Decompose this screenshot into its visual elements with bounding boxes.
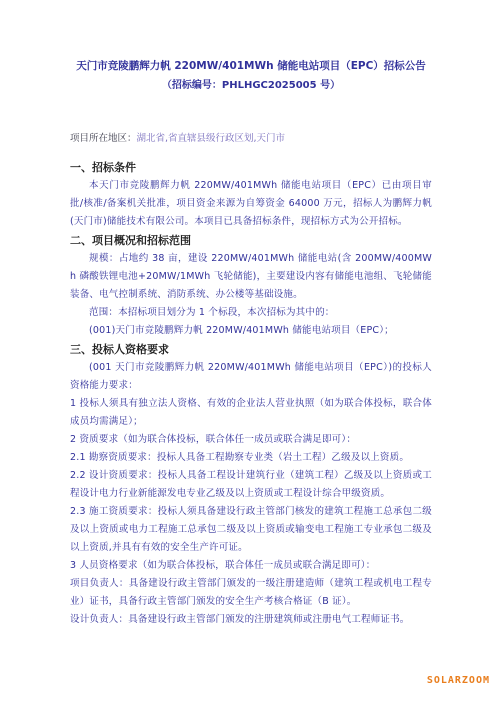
- section-2-heading: 二、项目概况和招标范围: [70, 231, 432, 250]
- section-1-heading: 一、招标条件: [70, 158, 432, 177]
- document-content: 天门市竞陵鹏辉力帆 220MW/401MWh 储能电站项目（EPC）招标公告 （…: [70, 56, 432, 629]
- section-2-paragraph-scope: 范围：本招标项目划分为 1 个标段，本次招标为其中的：: [70, 304, 432, 322]
- section-3-paragraph-item1: 1 投标人须具有独立法人资格、有效的企业法人营业执照（如为联合体投标，联合体成员…: [70, 395, 432, 431]
- section-3-paragraph-item2-1: 2.1 勘察资质要求：投标人具备工程勘察专业类（岩土工程）乙级及以上资质。: [70, 449, 432, 467]
- section-3-heading: 三、投标人资格要求: [70, 340, 432, 359]
- section-3-paragraph-item2-2: 2.2 设计资质要求：投标人具备工程设计建筑行业（建筑工程）乙级及以上资质或工程…: [70, 467, 432, 503]
- section-1-paragraph: 本天门市竞陵鹏辉力帆 220MW/401MWh 储能电站项目（EPC）已由项目审…: [70, 177, 432, 231]
- section-3-paragraph-item2: 2 资质要求（如为联合体投标，联合体任一成员或联合满足即可）：: [70, 431, 432, 449]
- project-region-label: 项目所在地区：: [70, 133, 137, 144]
- project-region-line: 项目所在地区：湖北省,省直辖县级行政区划,天门市: [70, 130, 432, 148]
- document-title: 天门市竞陵鹏辉力帆 220MW/401MWh 储能电站项目（EPC）招标公告: [70, 56, 432, 76]
- solarzoom-watermark: SOLARZOOM: [427, 675, 490, 686]
- document-page: 天门市竞陵鹏辉力帆 220MW/401MWh 储能电站项目（EPC）招标公告 （…: [0, 0, 500, 706]
- section-3-paragraph-design-leader: 设计负责人：具备建设行政主管部门颁发的注册建筑师或注册电气工程师证书。: [70, 611, 432, 629]
- section-3-paragraph-item3: 3 人员资格要求（如为联合体投标，联合体任一成员或联合满足即可）：: [70, 557, 432, 575]
- section-3-paragraph-intro: (001 天门市竞陵鹏辉力帆 220MW/401MWh 储能电站项目（EPC）)…: [70, 359, 432, 395]
- section-2-paragraph-scale: 规模：占地约 38 亩，建设 220MW/401MWh 储能电站(含 200MW…: [70, 250, 432, 304]
- tender-number: （招标编号：PHLHGC2025005 号）: [70, 76, 432, 96]
- section-2-paragraph-lot: (001)天门市竞陵鹏辉力帆 220MW/401MWh 储能电站项目（EPC）；: [70, 322, 432, 340]
- project-region-value: 湖北省,省直辖县级行政区划,天门市: [137, 133, 286, 144]
- section-3-paragraph-project-leader: 项目负责人：具备建设行政主管部门颁发的一级注册建造师（建筑工程或机电工程专业）证…: [70, 575, 432, 611]
- section-3-paragraph-item2-3: 2.3 施工资质要求：投标人须具备建设行政主管部门核发的建筑工程施工总承包二级及…: [70, 503, 432, 557]
